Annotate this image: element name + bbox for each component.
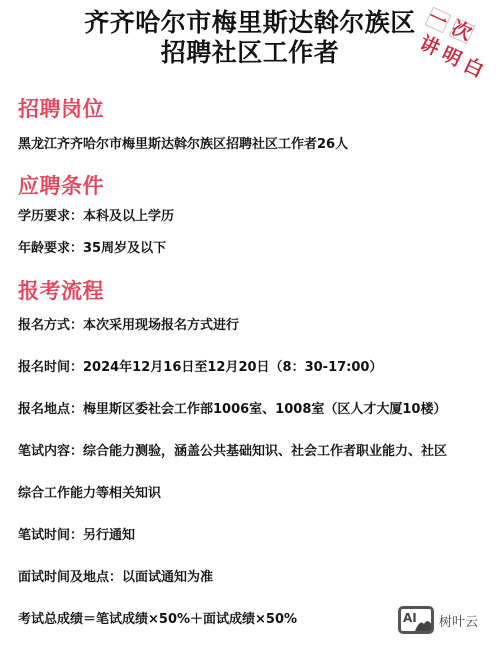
- section-heading-requirements: 应聘条件: [18, 173, 104, 199]
- stamp-badge: 一 次 讲 明 白: [418, 4, 498, 84]
- registration-location: 报名地点：梅里斯区委社会工作部1006室、1008室（区人才大厦10楼）: [18, 401, 446, 419]
- stamp-char-3: 讲: [417, 33, 443, 59]
- written-exam-content: 笔试内容：综合能力测验，涵盖公共基础知识、社会工作者职业能力、社区: [18, 443, 447, 461]
- written-exam-content-cont: 综合工作能力等相关知识: [18, 485, 161, 503]
- section-heading-positions: 招聘岗位: [18, 96, 104, 122]
- education-requirement: 学历要求：本科及以上学历: [18, 208, 174, 226]
- stamp-char-1: 一: [425, 7, 451, 33]
- ai-image-icon: AI: [398, 606, 434, 634]
- age-requirement: 年龄要求：35周岁及以下: [18, 240, 166, 258]
- mountain-icon: [401, 609, 434, 634]
- stamp-char-5: 白: [461, 55, 487, 81]
- positions-line: 黑龙江齐齐哈尔市梅里斯达斡尔族区招聘社区工作者26人: [18, 136, 348, 154]
- interview-time-location: 面试时间及地点：以面试通知为准: [18, 569, 213, 587]
- total-score-formula: 考试总成绩＝笔试成绩×50%＋面试成绩×50%: [18, 611, 297, 629]
- watermark-text: 树叶云: [439, 611, 478, 630]
- stamp-char-2: 次: [449, 18, 475, 44]
- registration-method: 报名方式：本次采用现场报名方式进行: [18, 317, 239, 335]
- written-exam-time: 笔试时间：另行通知: [18, 527, 135, 545]
- watermark: AI 树叶云: [398, 606, 478, 634]
- registration-time: 报名时间：2024年12月16日至12月20日（8：30-17:00）: [18, 359, 382, 377]
- section-heading-process: 报考流程: [18, 278, 104, 304]
- stamp-char-4: 明: [439, 44, 465, 70]
